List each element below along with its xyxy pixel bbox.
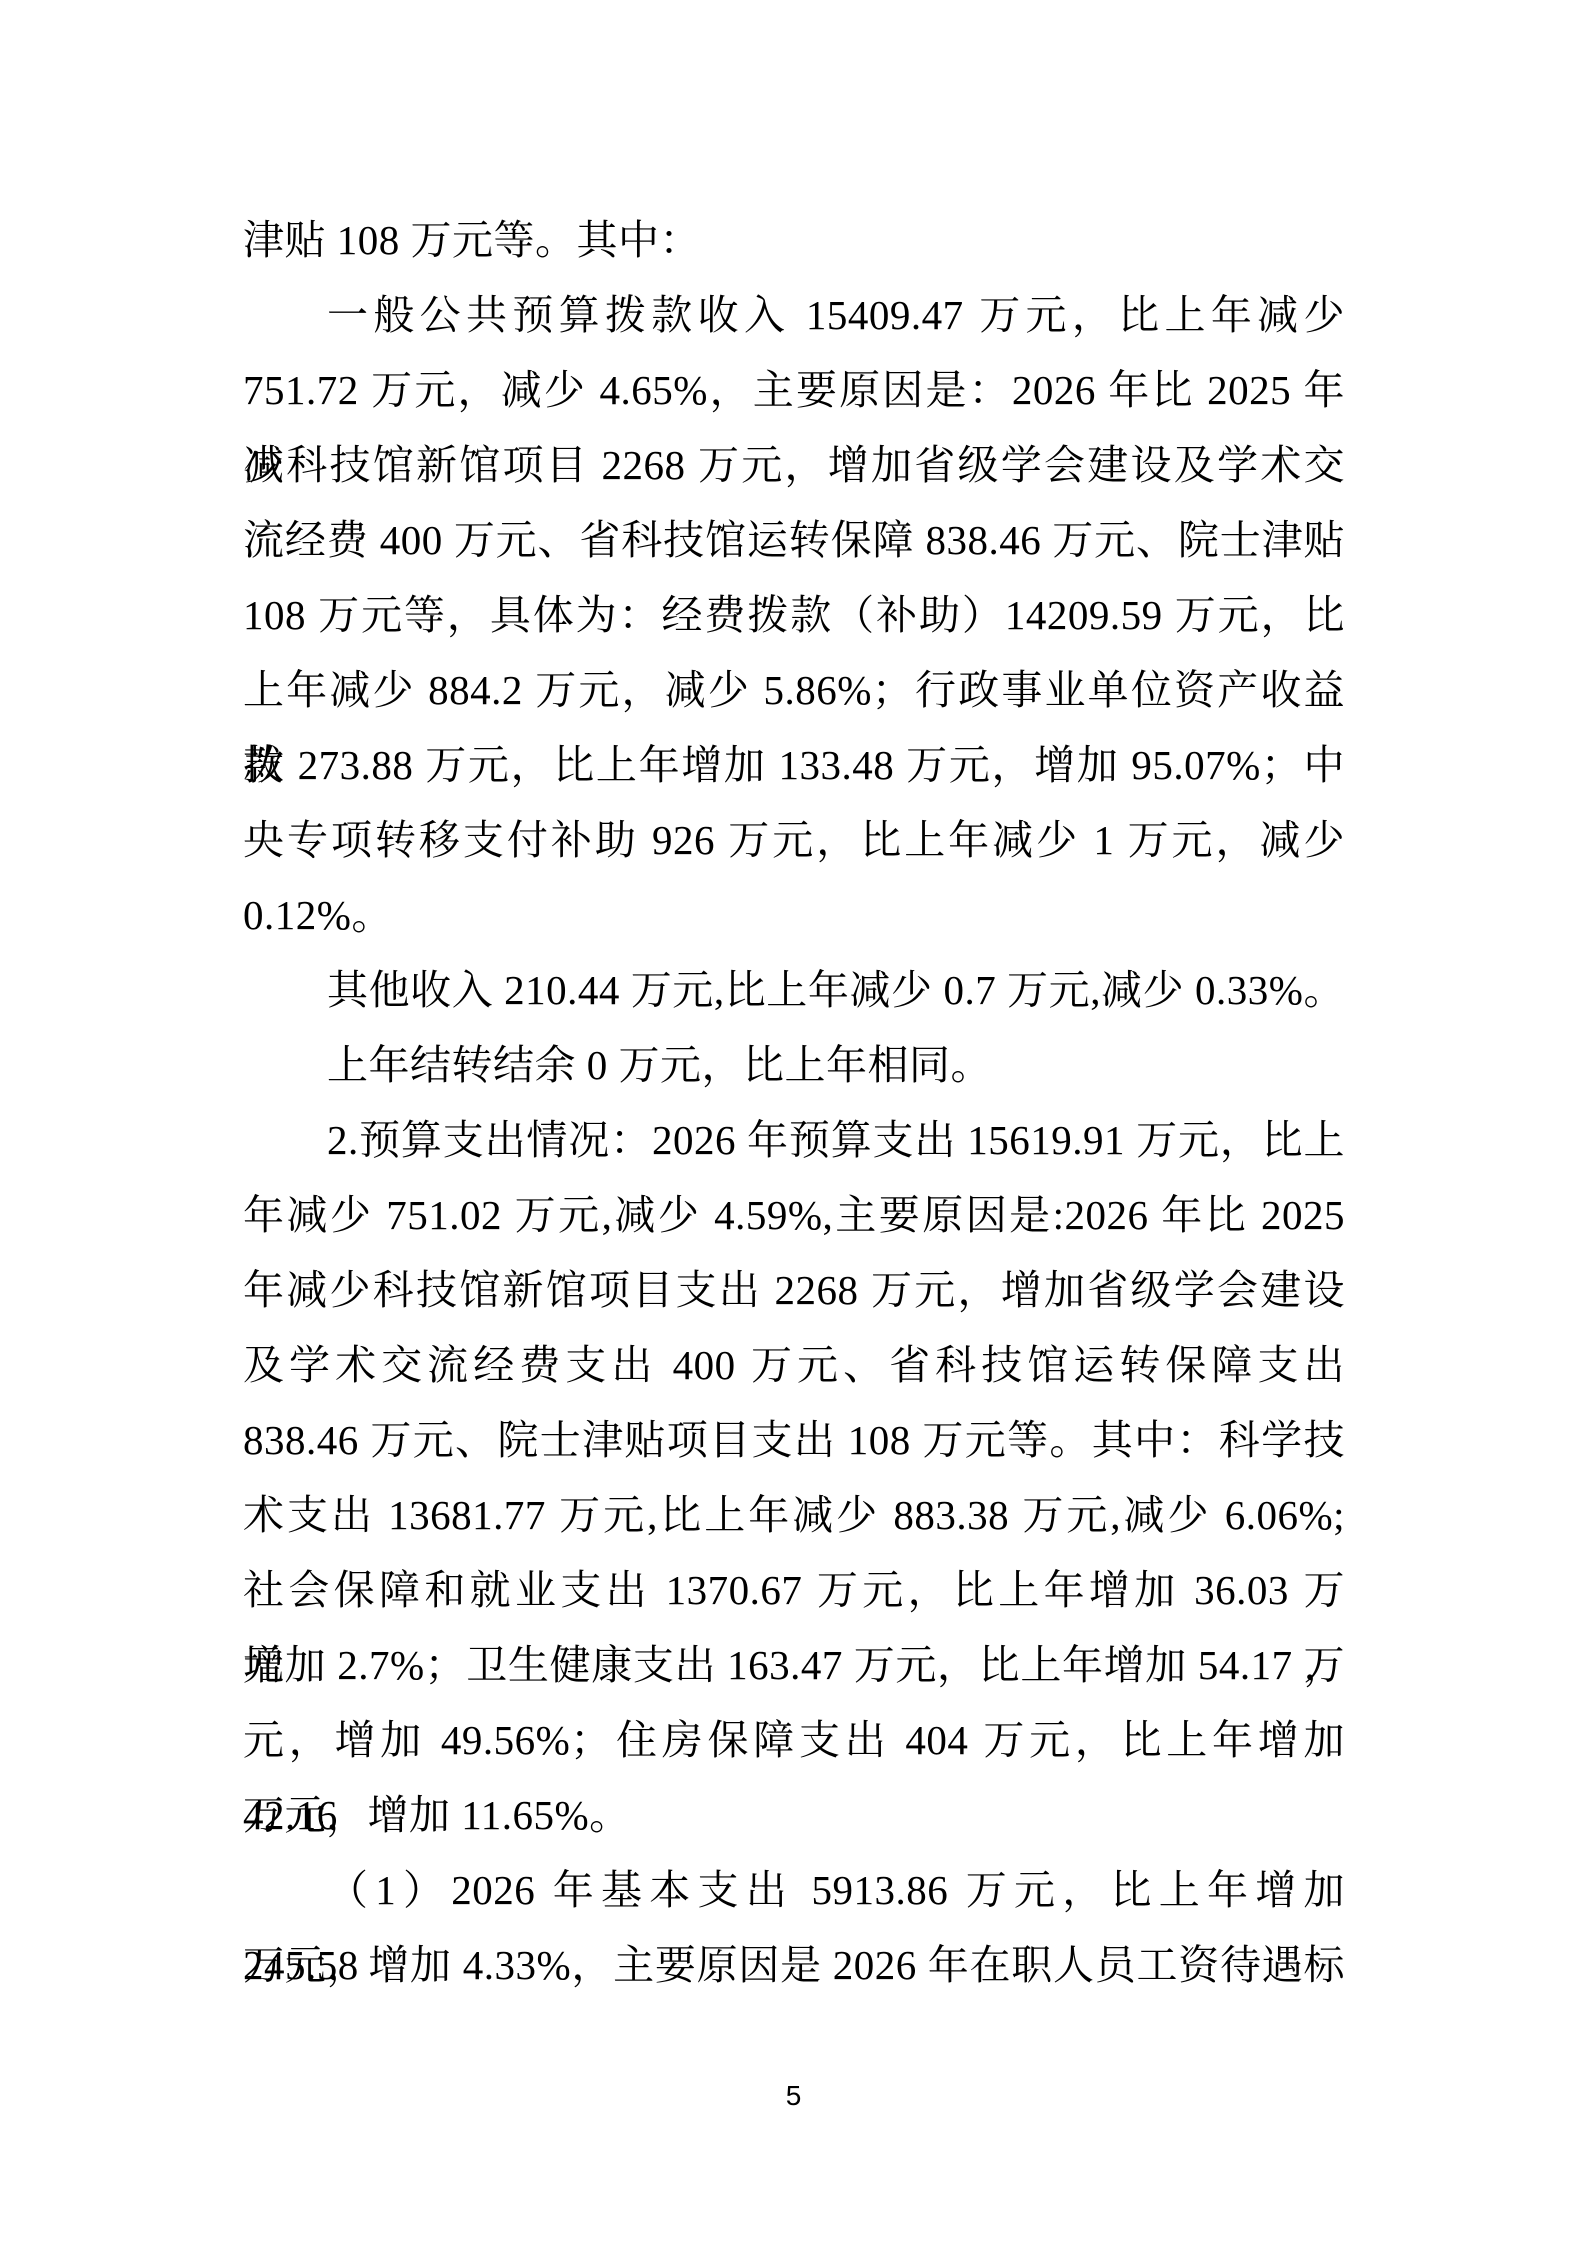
- text-line: 款 273.88 万元，比上年增加 133.48 万元，增加 95.07%；中: [243, 728, 1345, 803]
- text-line: 央专项转移支付补助 926 万元，比上年减少 1 万元，减少: [243, 803, 1345, 878]
- text-line: 年减少科技馆新馆项目支出 2268 万元，增加省级学会建设: [243, 1253, 1345, 1328]
- text-line: 万元，增加 4.33%，主要原因是 2026 年在职人员工资待遇标: [243, 1928, 1345, 2003]
- document-page: 津贴 108 万元等。其中：一般公共预算拨款收入 15409.47 万元，比上年…: [0, 0, 1587, 2245]
- text-line: 上年减少 884.2 万元，减少 5.86%；行政事业单位资产收益拨: [243, 653, 1345, 728]
- text-line: 2.预算支出情况：2026 年预算支出 15619.91 万元，比上: [243, 1103, 1345, 1178]
- document-body: 津贴 108 万元等。其中：一般公共预算拨款收入 15409.47 万元，比上年…: [243, 203, 1345, 2003]
- text-line: 增加 2.7%；卫生健康支出 163.47 万元，比上年增加 54.17 万: [243, 1628, 1345, 1703]
- text-line: 津贴 108 万元等。其中：: [243, 203, 1345, 278]
- text-line: 万元，增加 11.65%。: [243, 1778, 1345, 1853]
- text-line: 流经费 400 万元、省科技馆运转保障 838.46 万元、院士津贴: [243, 503, 1345, 578]
- text-line: 社会保障和就业支出 1370.67 万元，比上年增加 36.03 万元，: [243, 1553, 1345, 1628]
- text-line: 少科技馆新馆项目 2268 万元，增加省级学会建设及学术交: [243, 428, 1345, 503]
- text-line: （1）2026 年基本支出 5913.86 万元，比上年增加 245.58: [243, 1853, 1345, 1928]
- page-number: 5: [0, 2080, 1587, 2112]
- text-line: 838.46 万元、院士津贴项目支出 108 万元等。其中：科学技: [243, 1403, 1345, 1478]
- text-line: 年减少 751.02 万元,减少 4.59%,主要原因是:2026 年比 202…: [243, 1178, 1345, 1253]
- text-line: 一般公共预算拨款收入 15409.47 万元，比上年减少: [243, 278, 1345, 353]
- text-line: 0.12%。: [243, 878, 1345, 953]
- text-line: 其他收入 210.44 万元,比上年减少 0.7 万元,减少 0.33%。: [243, 953, 1345, 1028]
- text-line: 元，增加 49.56%；住房保障支出 404 万元，比上年增加 42.16: [243, 1703, 1345, 1778]
- text-line: 及学术交流经费支出 400 万元、省科技馆运转保障支出: [243, 1328, 1345, 1403]
- text-line: 上年结转结余 0 万元，比上年相同。: [243, 1028, 1345, 1103]
- text-line: 751.72 万元，减少 4.65%，主要原因是：2026 年比 2025 年减: [243, 353, 1345, 428]
- text-line: 108 万元等，具体为：经费拨款（补助）14209.59 万元，比: [243, 578, 1345, 653]
- text-line: 术支出 13681.77 万元,比上年减少 883.38 万元,减少 6.06%…: [243, 1478, 1345, 1553]
